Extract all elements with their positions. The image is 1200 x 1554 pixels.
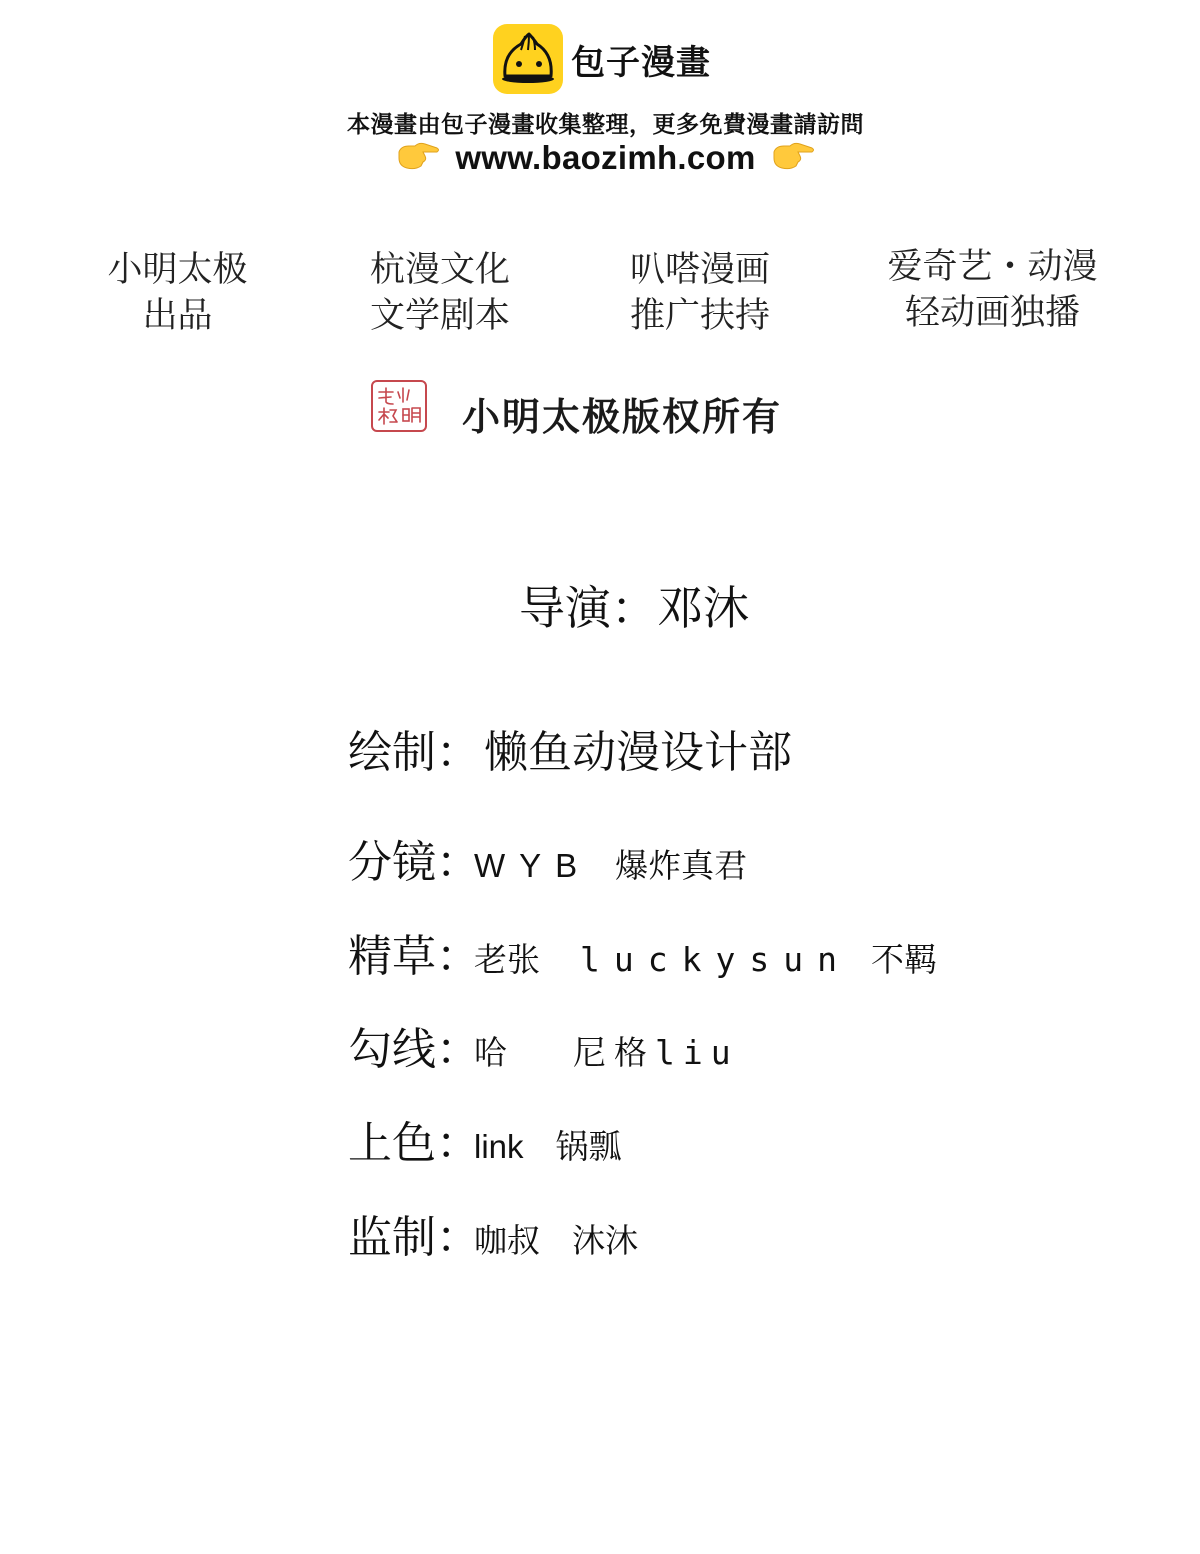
- pointing-right-hand-icon: [770, 138, 816, 178]
- credit-row-drawing: 绘制： 懒鱼动漫设计部: [348, 716, 792, 780]
- partner-line: 文学剧本: [340, 293, 540, 339]
- notice-text: 本漫畫由包子漫畫收集整理，更多免費漫畫請訪問: [0, 106, 1200, 139]
- credit-row-storyboard: 分镜： WYB 爆炸真君: [348, 826, 747, 890]
- partner-line: 小明太极: [80, 247, 275, 293]
- credit-name: link: [474, 1128, 524, 1166]
- url-row: www.baozimh.com: [0, 138, 1200, 178]
- partner-script: 杭漫文化 文学剧本: [340, 247, 540, 339]
- seal-stamp-icon: [371, 380, 427, 432]
- credit-name: WYB: [474, 847, 591, 885]
- credit-name: 哈: [474, 1027, 507, 1074]
- partner-line: 杭漫文化: [340, 247, 540, 293]
- credit-name: 沐沐: [572, 1215, 638, 1262]
- credit-label: 监制：: [348, 1201, 480, 1265]
- partner-line: 叭嗒漫画: [600, 247, 800, 293]
- credit-name: 爆炸真君: [615, 840, 747, 887]
- site-url-link[interactable]: www.baozimh.com: [455, 139, 755, 177]
- partner-broadcast: 爱奇艺・动漫 轻动画独播: [860, 244, 1125, 336]
- credit-name: 不羁: [871, 934, 937, 981]
- credit-name: 懒鱼动漫设计部: [484, 716, 792, 780]
- credit-row-supervisor: 监制： 咖叔 沐沐: [348, 1201, 638, 1265]
- credit-label: 精草：: [348, 920, 480, 984]
- credit-name: 锅瓢: [556, 1121, 622, 1168]
- credit-name: luckysun: [580, 940, 851, 979]
- bun-mascot-icon: [493, 24, 563, 94]
- partner-line: 轻动画独播: [860, 290, 1125, 336]
- partner-producer: 小明太极 出品: [80, 247, 275, 339]
- credit-label: 分镜：: [348, 826, 480, 890]
- brand-logo: 包子漫畫: [493, 24, 711, 94]
- credit-label: 勾线：: [348, 1013, 480, 1077]
- credit-row-rough-sketch: 精草： 老张 luckysun 不羁: [348, 920, 937, 984]
- partner-line: 推广扶持: [600, 293, 800, 339]
- partner-promotion: 叭嗒漫画 推广扶持: [600, 247, 800, 339]
- partner-line: 爱奇艺・动漫: [860, 244, 1125, 290]
- credit-name: 老张: [474, 934, 540, 981]
- pointing-right-hand-icon: [395, 138, 441, 178]
- director-credit: 导演：邓沐: [0, 572, 1200, 638]
- credit-label: 绘制：: [348, 716, 480, 780]
- credit-label: 上色：: [348, 1107, 480, 1171]
- credit-row-coloring: 上色： link 锅瓢: [348, 1107, 622, 1171]
- brand-name: 包子漫畫: [571, 35, 711, 84]
- copyright-text: 小明太极版权所有: [462, 386, 782, 441]
- credit-name: 咖叔: [474, 1215, 540, 1262]
- credit-row-line-art: 勾线： 哈 尼格liu: [348, 1013, 739, 1077]
- credit-name: 尼格liu: [573, 1027, 739, 1074]
- partner-line: 出品: [80, 293, 275, 339]
